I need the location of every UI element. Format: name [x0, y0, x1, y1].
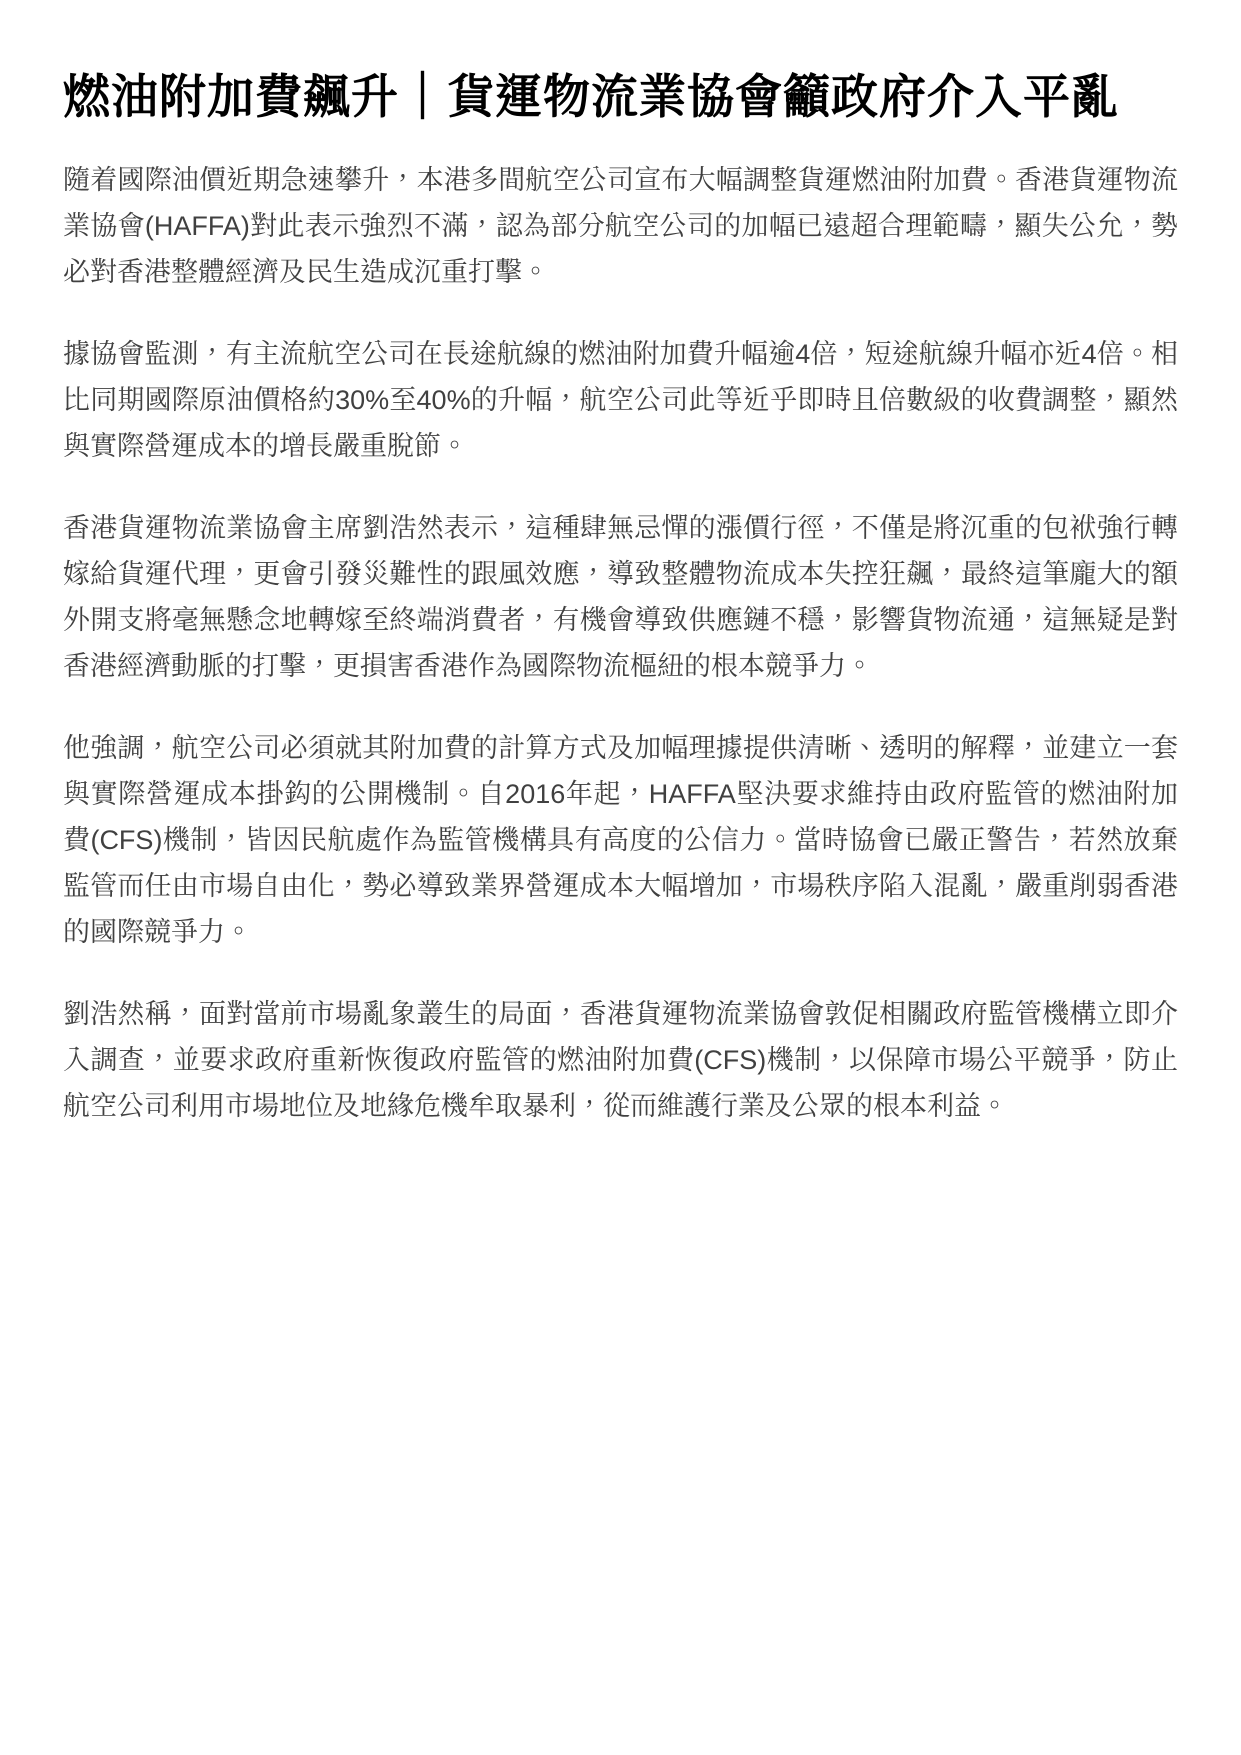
- article-paragraph-1: 隨着國際油價近期急速攀升，本港多間航空公司宣布大幅調整貨運燃油附加費。香港貨運物…: [63, 157, 1178, 295]
- article-paragraph-4: 他強調，航空公司必須就其附加費的計算方式及加幅理據提供清晰、透明的解釋，並建立一…: [63, 725, 1178, 955]
- article-page: 燃油附加費飆升｜貨運物流業協會籲政府介入平亂 隨着國際油價近期急速攀升，本港多間…: [0, 0, 1241, 1755]
- article-paragraph-3: 香港貨運物流業協會主席劉浩然表示，這種肆無忌憚的漲價行徑，不僅是將沉重的包袱強行…: [63, 505, 1178, 689]
- article-paragraph-2: 據協會監測，有主流航空公司在長途航線的燃油附加費升幅逾4倍，短途航線升幅亦近4倍…: [63, 331, 1178, 469]
- article-title: 燃油附加費飆升｜貨運物流業協會籲政府介入平亂: [63, 62, 1178, 131]
- news-article: 燃油附加費飆升｜貨運物流業協會籲政府介入平亂 隨着國際油價近期急速攀升，本港多間…: [63, 62, 1178, 1129]
- article-paragraph-5: 劉浩然稱，面對當前市場亂象叢生的局面，香港貨運物流業協會敦促相關政府監管機構立即…: [63, 991, 1178, 1129]
